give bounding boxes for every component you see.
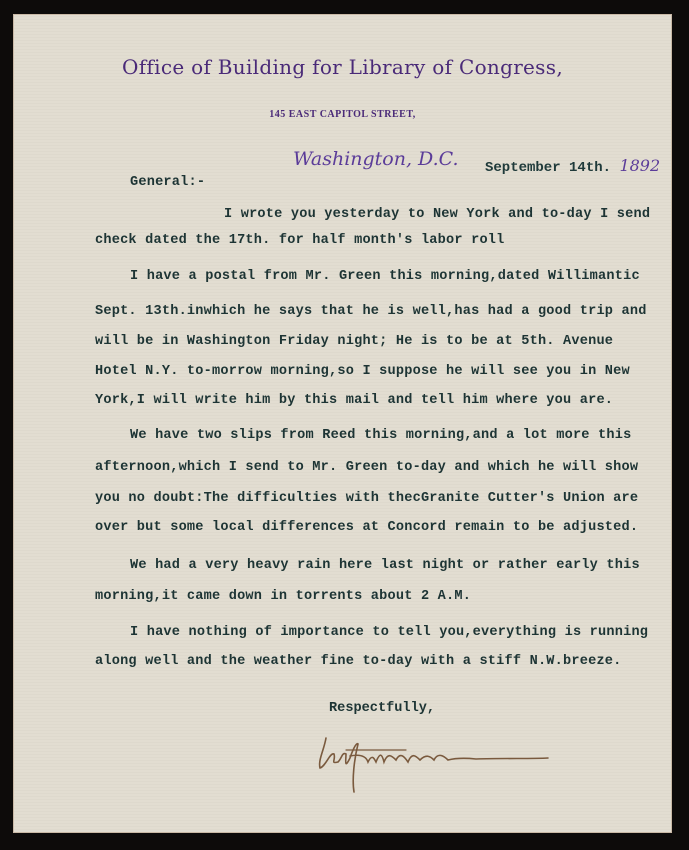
body-line: will be in Washington Friday night; He i… <box>95 334 613 349</box>
body-line: I have nothing of importance to tell you… <box>130 625 648 640</box>
body-line: afternoon,which I send to Mr. Green to-d… <box>95 460 638 475</box>
signature <box>316 730 556 810</box>
salutation: General:- <box>130 175 205 190</box>
closing: Respectfully, <box>329 701 435 716</box>
dateline-place: Washington, D.C. <box>293 148 459 170</box>
letterhead-title: Office of Building for Library of Congre… <box>13 55 672 79</box>
letter-page: Office of Building for Library of Congre… <box>13 14 672 833</box>
body-line: check dated the 17th. for half month's l… <box>95 233 505 248</box>
body-line: We had a very heavy rain here last night… <box>130 558 640 573</box>
date-text: September 14th. <box>485 160 611 176</box>
body-line: I have a postal from Mr. Green this morn… <box>130 269 640 284</box>
body-line: Hotel N.Y. to-morrow morning,so I suppos… <box>95 364 630 379</box>
date-year: 1892 <box>619 156 660 175</box>
body-line: We have two slips from Reed this morning… <box>130 428 631 443</box>
dateline-date: September 14th. 1892 <box>485 156 660 176</box>
body-line: you no doubt:The difficulties with thecG… <box>95 491 638 506</box>
body-line: York,I will write him by this mail and t… <box>95 393 613 408</box>
body-line: Sept. 13th.inwhich he says that he is we… <box>95 304 647 319</box>
body-line: I wrote you yesterday to New York and to… <box>224 207 650 222</box>
body-line: over but some local differences at Conco… <box>95 520 638 535</box>
body-line: morning,it came down in torrents about 2… <box>95 589 471 604</box>
body-line: along well and the weather fine to-day w… <box>95 654 622 669</box>
letterhead-address: 145 EAST CAPITOL STREET, <box>13 109 672 120</box>
